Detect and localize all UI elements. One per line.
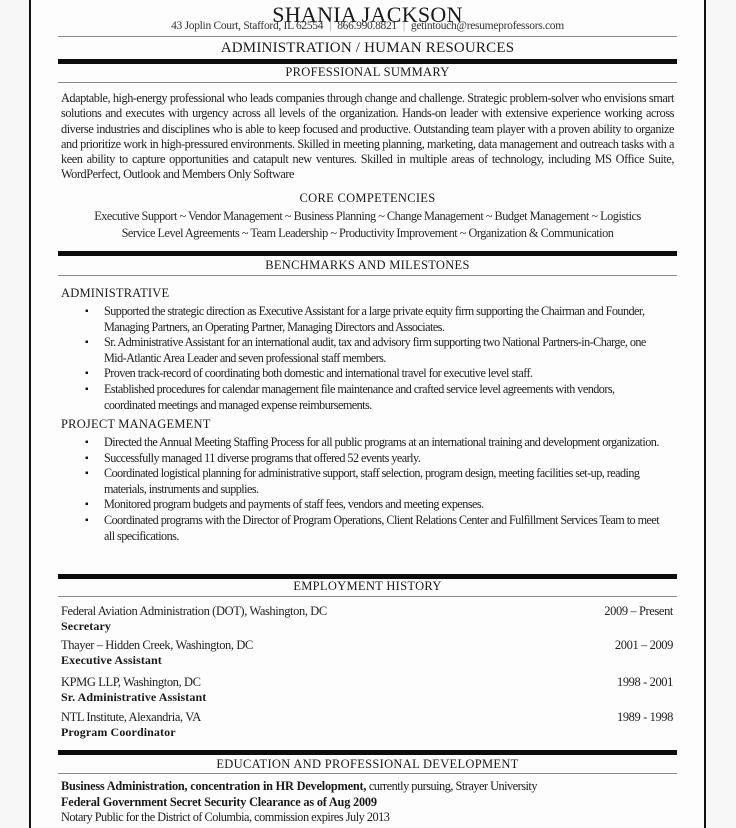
employer: Federal Aviation Administration (DOT), W…: [61, 603, 327, 619]
section-title-benchmarks: BENCHMARKS AND MILESTONES: [58, 258, 677, 273]
section-title-employment: EMPLOYMENT HISTORY: [58, 579, 677, 594]
email-link[interactable]: getintouch@resumeprofessors.com: [411, 20, 564, 32]
education-list: Business Administration, concentration i…: [61, 779, 673, 826]
job-entry: NTL Institute, Alexandria, VA1989 - 1998…: [61, 709, 673, 740]
subheading-administrative: ADMINISTRATIVE: [61, 286, 169, 301]
list-item: Sr. Administrative Assistant for an inte…: [85, 335, 665, 366]
section-title-competencies: CORE COMPETENCIES: [58, 191, 677, 206]
divider: [58, 773, 677, 774]
education-item: Notary Public for the District of Columb…: [61, 810, 673, 826]
separator: |: [329, 20, 331, 32]
list-item: Coordinated programs with the Director o…: [85, 513, 665, 544]
list-item: Established procedures for calendar mana…: [85, 382, 665, 413]
divider: [58, 36, 677, 37]
job-title: Executive Assistant: [61, 653, 673, 668]
education-item: Federal Government Secret Security Clear…: [61, 795, 673, 811]
job-entry: Federal Aviation Administration (DOT), W…: [61, 603, 673, 634]
job-title: Secretary: [61, 619, 673, 634]
list-item: Monitored program budgets and payments o…: [85, 497, 665, 513]
competencies-line-1: Executive Support ~ Vendor Management ~ …: [58, 209, 677, 225]
divider: [58, 596, 677, 597]
target-role: ADMINISTRATION / HUMAN RESOURCES: [58, 40, 677, 57]
section-divider: [58, 750, 677, 755]
subheading-project-management: PROJECT MANAGEMENT: [61, 417, 211, 432]
divider: [58, 275, 677, 276]
job-title: Sr. Administrative Assistant: [61, 690, 673, 705]
contact-line: 43 Joplin Court, Stafford, IL 62554|866.…: [58, 20, 677, 32]
job-dates: 1998 - 2001: [617, 674, 673, 690]
job-dates: 2009 – Present: [604, 603, 673, 619]
job-dates: 1989 - 1998: [617, 709, 673, 725]
phone: 866.990.8821: [337, 20, 397, 32]
employer: Thayer – Hidden Creek, Washington, DC: [61, 637, 253, 653]
list-item: Coordinated logistical planning for admi…: [85, 466, 665, 497]
competencies-line-2: Service Level Agreements ~ Team Leadersh…: [58, 226, 677, 242]
list-item: Supported the strategic direction as Exe…: [85, 304, 665, 335]
job-title: Program Coordinator: [61, 725, 673, 740]
separator: |: [403, 20, 405, 32]
list-item: Proven track-record of coordinating both…: [85, 366, 665, 382]
section-divider: [58, 251, 677, 256]
section-divider: [58, 59, 677, 64]
divider: [58, 82, 677, 83]
address: 43 Joplin Court, Stafford, IL 62554: [171, 20, 323, 32]
summary-text: Adaptable, high-energy professional who …: [61, 91, 674, 183]
section-title-education: EDUCATION AND PROFESSIONAL DEVELOPMENT: [58, 757, 677, 772]
job-entry: KPMG LLP, Washington, DC1998 - 2001 Sr. …: [61, 674, 673, 705]
job-entry: Thayer – Hidden Creek, Washington, DC200…: [61, 637, 673, 668]
section-title-summary: PROFESSIONAL SUMMARY: [58, 65, 677, 80]
list-item: Directed the Annual Meeting Staffing Pro…: [85, 435, 665, 451]
project-management-list: Directed the Annual Meeting Staffing Pro…: [85, 435, 665, 544]
list-item: Successfully managed 11 diverse programs…: [85, 451, 665, 467]
administrative-list: Supported the strategic direction as Exe…: [85, 304, 665, 413]
job-dates: 2001 – 2009: [615, 637, 673, 653]
education-item: Business Administration, concentration i…: [61, 779, 673, 795]
employer: KPMG LLP, Washington, DC: [61, 674, 201, 690]
employer: NTL Institute, Alexandria, VA: [61, 709, 201, 725]
